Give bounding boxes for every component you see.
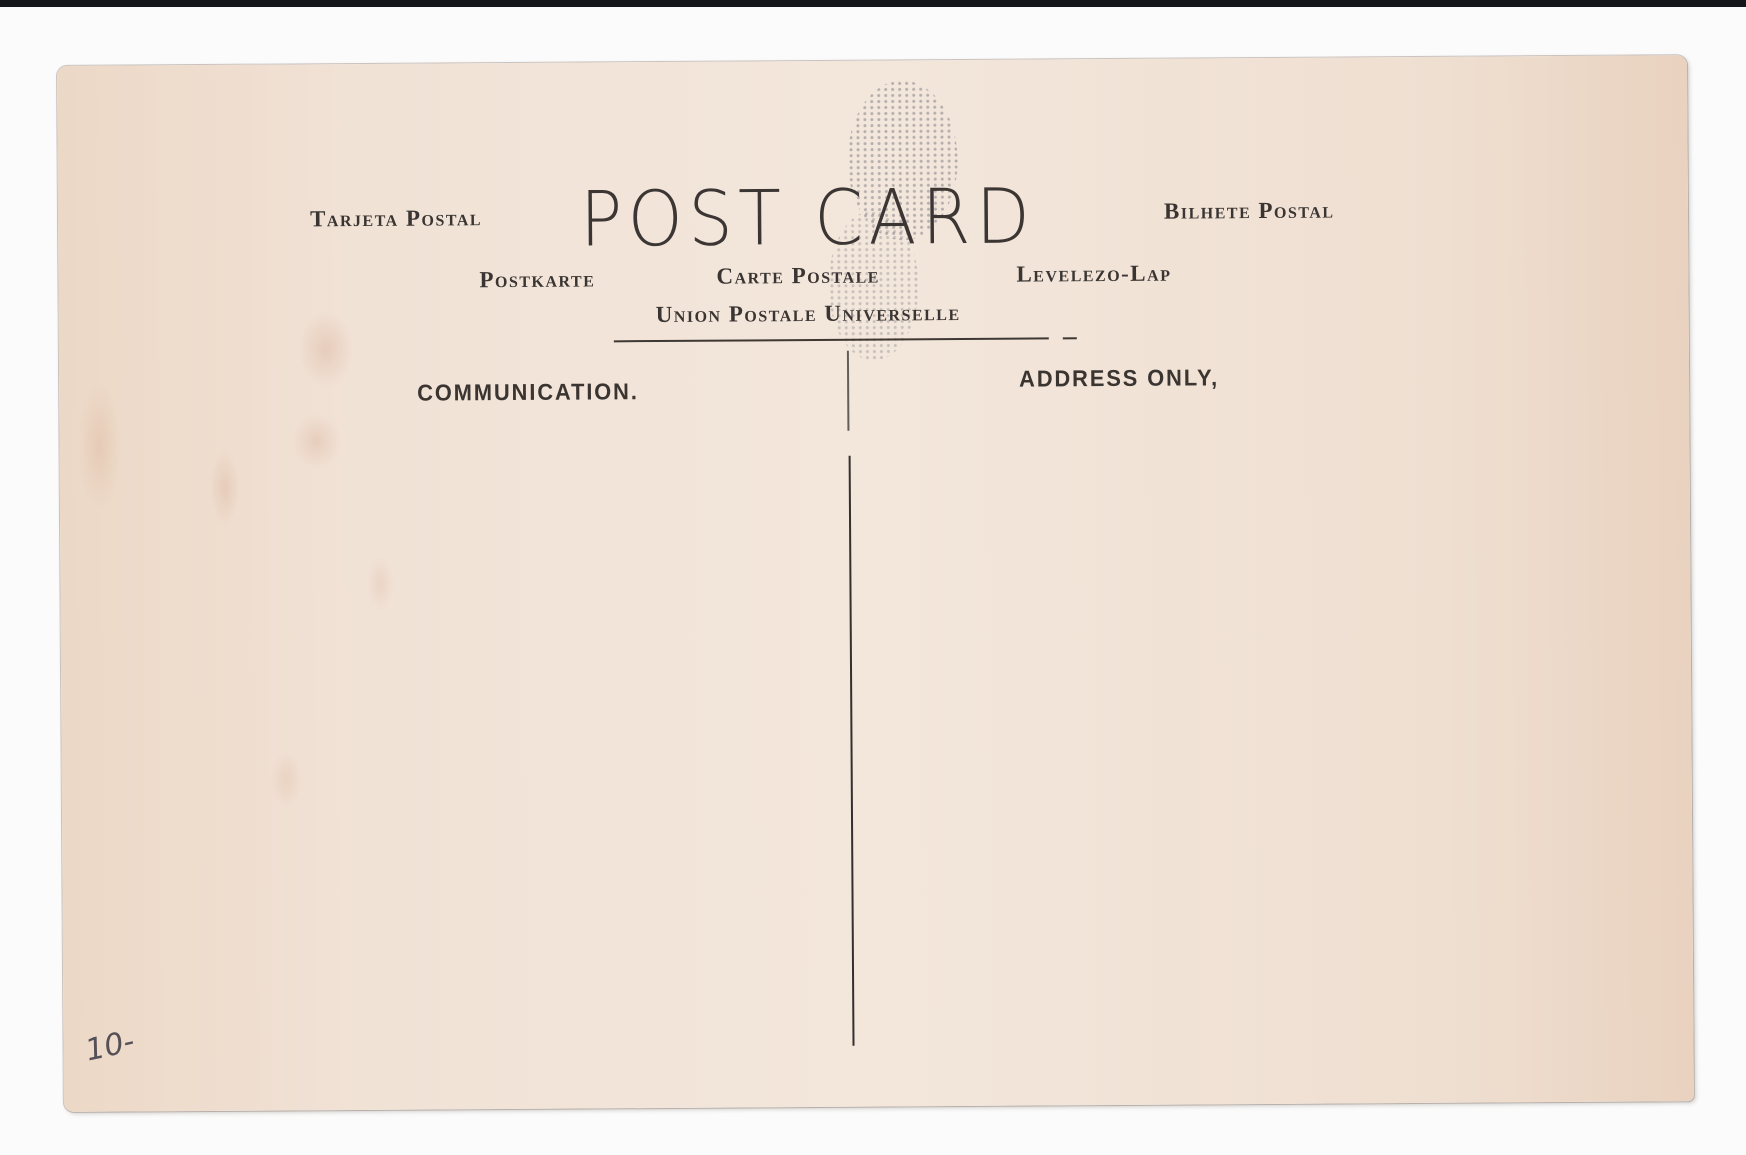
scanner-edge-bar <box>0 0 1746 7</box>
divider-line <box>849 456 855 1046</box>
postcard-back: Tarjeta Postal POST CARD Bilhete Postal … <box>57 55 1694 1112</box>
post-card-title: POST CARD <box>580 172 1036 264</box>
divider-line-upper <box>847 351 850 431</box>
union-postale-universelle-label: Union Postale Universelle <box>656 300 961 328</box>
address-only-label: ADDRESS ONLY, <box>1019 364 1219 392</box>
levelezo-lap-label: Levelezo-Lap <box>1016 261 1171 288</box>
tarjeta-postal-label: Tarjeta Postal <box>310 205 482 232</box>
header-rule <box>614 337 1049 342</box>
bilhete-postal-label: Bilhete Postal <box>1164 198 1335 225</box>
communication-label: COMMUNICATION. <box>417 378 639 406</box>
pencil-price-note: 10- <box>82 1024 137 1069</box>
carte-postale-label: Carte Postale <box>716 263 880 290</box>
postkarte-label: Postkarte <box>479 266 595 293</box>
header-rule-dash <box>1063 337 1077 339</box>
